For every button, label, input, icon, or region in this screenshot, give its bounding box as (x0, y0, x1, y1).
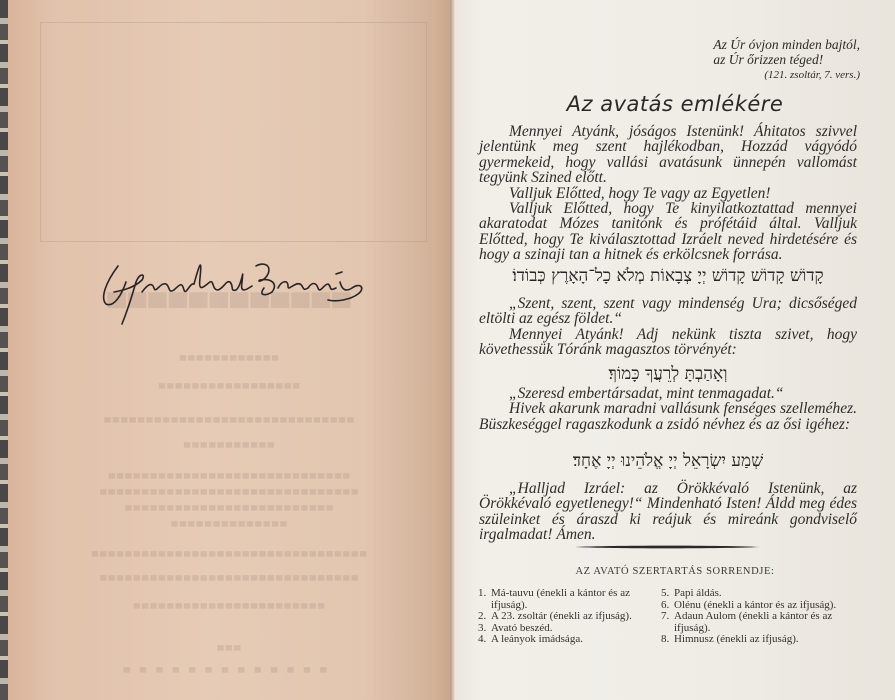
item-number: 1. (478, 588, 491, 611)
faded-line: ▄▄▄▄▄▄▄▄▄▄▄▄▄▄▄▄▄▄▄▄▄▄▄▄▄ (8, 500, 452, 510)
item-number: 4. (478, 634, 491, 646)
faded-line: ▄▄▄▄▄▄▄▄▄▄▄▄▄▄▄▄▄▄▄▄▄▄▄ (8, 598, 452, 608)
item-text: Papi áldás. (674, 588, 866, 600)
prayer-paragraph-4: „Halljad Izráel: az Örökkévaló Istenünk,… (479, 481, 857, 543)
ceremony-order-item: 5. Papi áldás. (661, 588, 866, 600)
faded-line: ▄▄▄▄▄▄▄▄▄▄▄▄▄▄▄▄▄▄▄▄▄▄▄▄▄▄▄▄▄▄▄ (8, 570, 452, 580)
paragraph: Hivek akarunk maradni vallásunk fenséges… (479, 401, 857, 432)
faded-line: ▄▄▄▄▄▄▄▄▄▄▄▄▄▄▄▄▄▄▄▄▄▄▄▄▄▄▄▄▄▄▄▄▄ (8, 546, 452, 556)
ceremony-order-item: 7. Adaun Aulom (énekli a kántor és az if… (661, 611, 866, 634)
page-title: Az avatás emlékére (455, 92, 895, 116)
faded-frame (40, 22, 427, 242)
ceremony-order-column-left: 1. Má-tauvu (énekli a kántor és az ifjus… (478, 588, 653, 646)
paragraph: Mennyei Atyánk! Adj nekünk tiszta szivet… (479, 327, 857, 358)
paragraph: „Szeresd embertársadat, mint tenmagadat.… (479, 386, 857, 401)
item-text: Má-tauvu (énekli a kántor és az ifjuság)… (491, 588, 653, 611)
faded-line: ▄▄▄▄▄▄▄▄▄▄▄▄▄ (8, 662, 452, 672)
item-number: 8. (661, 634, 674, 646)
faded-line: ▄▄▄▄▄▄▄▄▄▄▄▄ (8, 350, 452, 360)
prayer-paragraph-3: „Szeresd embertársadat, mint tenmagadat.… (479, 386, 857, 432)
item-number: 5. (661, 588, 674, 600)
item-text: Himnusz (énekli az ifjuság). (674, 634, 866, 646)
epigraph-line: az Úr őrizzen téged! (713, 52, 860, 67)
faded-line: ▄▄▄▄▄▄▄▄▄▄▄ (8, 437, 452, 447)
paragraph: Valljuk Előtted, hogy Te kinyilatkoztatt… (479, 201, 857, 263)
hebrew-verse-kadosh: קָדוֹשׁ קָדוֹשׁ קָדוֹשׁ יְיָ צְבָאוֹת מְ… (479, 266, 857, 286)
faded-line: ▄▄▄▄▄▄▄▄▄▄▄▄▄▄▄▄▄▄▄▄▄▄▄▄▄▄▄▄▄▄ (8, 412, 452, 422)
hebrew-verse-shema: שְׁמַע יִשְׂרָאֵל יְיָ אֱלֹהֵינוּ יְיָ א… (479, 451, 857, 471)
ceremony-order-item: 4. A leányok imádsága. (478, 634, 653, 646)
decorative-rule (575, 545, 760, 549)
faded-line: ▄▄▄▄▄▄▄▄▄▄▄▄▄▄ (8, 516, 452, 526)
faded-line: ▄▄▄▄▄▄▄▄▄▄▄▄▄▄▄▄▄▄▄▄▄▄▄▄▄▄▄▄▄▄▄ (8, 484, 452, 494)
paragraph: Mennyei Atyánk, jóságos Istenünk! Áhitat… (479, 124, 857, 186)
ceremony-order-title: AZ AVATÓ SZERTARTÁS SORRENDJE: (455, 566, 895, 577)
epigraph-line: Az Úr óvjon minden bajtól, (713, 37, 860, 52)
epigraph-reference: (121. zsoltár, 7. vers.) (713, 68, 860, 83)
ceremony-order-column-right: 5. Papi áldás. 6. Olénu (énekli a kántor… (661, 588, 866, 646)
faded-line: ▄▄▄▄▄▄▄▄▄▄▄▄▄▄▄▄▄ (8, 378, 452, 388)
handwritten-signature: Sfrenkel Bernát (96, 252, 386, 332)
ceremony-order-item: 1. Má-tauvu (énekli a kántor és az ifjus… (478, 588, 653, 611)
item-number: 7. (661, 611, 674, 634)
paragraph: Valljuk Előtted, hogy Te vagy az Egyetle… (479, 186, 857, 201)
hebrew-verse-veahavta: וְאָהַבְתָּ לְרֵעֲךָ כָּמוֹךָ׃ (479, 364, 857, 384)
faded-line: ▄▄▄▄▄▄▄▄▄▄▄▄▄▄▄▄▄▄▄▄▄▄▄▄▄▄▄▄▄ (8, 468, 452, 478)
epigraph: Az Úr óvjon minden bajtól, az Úr őrizzen… (713, 37, 860, 83)
item-text: Adaun Aulom (énekli a kántor és az ifjus… (674, 611, 866, 634)
prayer-paragraph-2: „Szent, szent, szent vagy mindenség Ura;… (479, 296, 857, 358)
left-page: ▀▀▀▀▀▀▀▀▀▀▀▀ ▄▄▄▄▄▄▄▄▄▄▄▄ ▄▄▄▄▄▄▄▄▄▄▄▄▄▄… (8, 0, 452, 700)
prayer-paragraph-1: Mennyei Atyánk, jóságos Istenünk! Áhitat… (479, 124, 857, 263)
item-text: A leányok imádsága. (491, 634, 653, 646)
paragraph: „Halljad Izráel: az Örökkévaló Istenünk,… (479, 481, 857, 543)
paragraph: „Szent, szent, szent vagy mindenség Ura;… (479, 296, 857, 327)
ceremony-order-item: 8. Himnusz (énekli az ifjuság). (661, 634, 866, 646)
faded-line: ▄▄▄ (8, 640, 452, 650)
